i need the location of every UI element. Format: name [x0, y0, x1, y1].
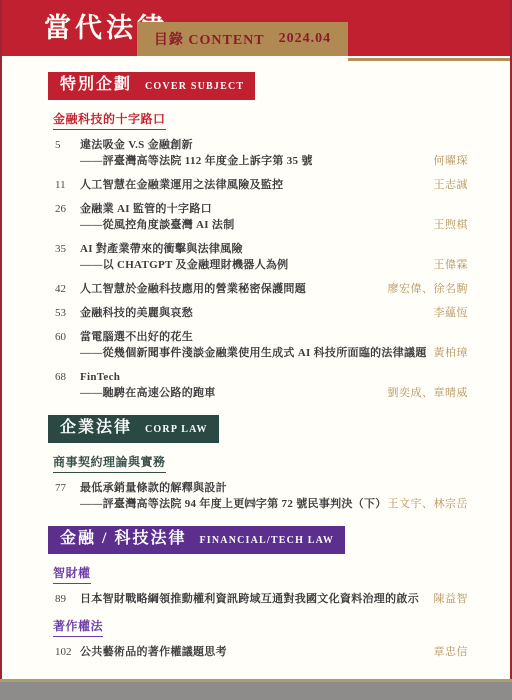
article-author: 章忠信 [434, 644, 469, 660]
toc-item: 26 金融業 AI 監管的十字路口 ——從風控角度談臺灣 AI 法制 王煦棋 [48, 201, 468, 233]
toc-item: 68 FinTech ——馳騁在高速公路的跑車 劉奕成、章晴威 [48, 369, 468, 401]
article-title: 違法吸金 V.S 金融創新 [80, 137, 428, 153]
topic-label: 商事契約理論與實務 [53, 453, 166, 473]
article-subtitle: ——以 CHATGPT 及金融理財機器人為例 [80, 257, 428, 273]
header-rule [348, 58, 512, 61]
page-number: 26 [48, 201, 80, 233]
toc-item: 42 人工智慧於金融科技應用的營業秘密保護問題 廖宏偉、徐名駒 [48, 281, 468, 297]
page-number: 77 [48, 480, 80, 512]
page-number: 60 [48, 329, 80, 361]
magazine-toc-page: 當代法律 目錄 CONTENT 2024.04 特別企劃 COVER SUBJE… [0, 0, 512, 700]
page-number: 68 [48, 369, 80, 401]
article-author: 王文宇、林宗岳 [388, 496, 469, 512]
page-number: 35 [48, 241, 80, 273]
article-subtitle: ——從幾個新聞事件淺談金融業使用生成式 AI 科技所面臨的法律議題 [80, 345, 428, 361]
section-cover-subject: 特別企劃 COVER SUBJECT 金融科技的十字路口 5 違法吸金 V.S … [48, 72, 468, 401]
article-title: 當電腦選不出好的花生 [80, 329, 428, 345]
section-badge-zh: 金融 / 科技法律 [60, 530, 186, 547]
toc-item: 11 人工智慧在金融業運用之法律風險及監控 王志誠 [48, 177, 468, 193]
page-number: 102 [48, 644, 80, 660]
page-number: 53 [48, 305, 80, 321]
article-subtitle: ——馳騁在高速公路的跑車 [80, 385, 382, 401]
article-author: 廖宏偉、徐名駒 [388, 281, 469, 297]
section-financial-tech-law: 金融 / 科技法律 FINANCIAL/TECH LAW 智財權 89 日本智財… [48, 526, 468, 660]
article-author: 何曜琛 [434, 153, 469, 169]
article-title: 日本智財戰略綱領推動權利資訊跨域互通對我國文化資料治理的啟示 [80, 591, 428, 607]
section-badge-en: FINANCIAL/TECH LAW [199, 535, 334, 546]
toc-item: 77 最低承銷量條款的解釋與設計 ——評臺灣高等法院 94 年度上更㈣字第 72… [48, 480, 468, 512]
article-author: 李蘊恆 [434, 305, 469, 321]
toc-item: 5 違法吸金 V.S 金融創新 ——評臺灣高等法院 112 年度金上訴字第 35… [48, 137, 468, 169]
article-author: 黃柏璋 [434, 345, 469, 361]
header-band: 當代法律 目錄 CONTENT 2024.04 [0, 0, 512, 56]
section-badge-en: COVER SUBJECT [145, 81, 244, 92]
section-badge-en: CORP LAW [145, 424, 208, 435]
toc-label: 目錄 CONTENT [154, 29, 265, 49]
section-badge-zh: 企業法律 [60, 419, 132, 436]
toc-item: 53 金融科技的美麗與哀愁 李蘊恆 [48, 305, 468, 321]
article-title: FinTech [80, 369, 382, 385]
section-badge-corp-law: 企業法律 CORP LAW [48, 415, 219, 443]
article-subtitle: ——從風控角度談臺灣 AI 法制 [80, 217, 428, 233]
article-title: 人工智慧在金融業運用之法律風險及監控 [80, 177, 428, 193]
page-number: 5 [48, 137, 80, 169]
topic-label: 著作權法 [53, 617, 103, 637]
article-author: 陳益智 [434, 591, 469, 607]
article-title: AI 對產業帶來的衝擊與法律風險 [80, 241, 428, 257]
page-number: 42 [48, 281, 80, 297]
toc-banner: 目錄 CONTENT 2024.04 [137, 22, 348, 56]
toc-item: 35 AI 對產業帶來的衝擊與法律風險 ——以 CHATGPT 及金融理財機器人… [48, 241, 468, 273]
article-title: 金融業 AI 監管的十字路口 [80, 201, 428, 217]
toc-item: 60 當電腦選不出好的花生 ——從幾個新聞事件淺談金融業使用生成式 AI 科技所… [48, 329, 468, 361]
article-author: 劉奕成、章晴威 [388, 385, 469, 401]
article-title: 公共藝術品的著作權議題思考 [80, 644, 428, 660]
page-number: 11 [48, 177, 80, 193]
issue-date: 2024.04 [279, 31, 332, 47]
article-author: 王志誠 [434, 177, 469, 193]
section-badge-financial-tech-law: 金融 / 科技法律 FINANCIAL/TECH LAW [48, 526, 345, 554]
article-title: 金融科技的美麗與哀愁 [80, 305, 428, 321]
toc-item: 102 公共藝術品的著作權議題思考 章忠信 [48, 644, 468, 660]
article-subtitle: ——評臺灣高等法院 112 年度金上訴字第 35 號 [80, 153, 428, 169]
topic-label: 金融科技的十字路口 [53, 110, 166, 130]
toc-item: 89 日本智財戰略綱領推動權利資訊跨域互通對我國文化資料治理的啟示 陳益智 [48, 591, 468, 607]
page-number: 89 [48, 591, 80, 607]
section-corp-law: 企業法律 CORP LAW 商事契約理論與實務 77 最低承銷量條款的解釋與設計… [48, 415, 468, 512]
article-author: 王煦棋 [434, 217, 469, 233]
article-title: 最低承銷量條款的解釋與設計 [80, 480, 382, 496]
page-left-border [0, 0, 2, 682]
toc-content: 特別企劃 COVER SUBJECT 金融科技的十字路口 5 違法吸金 V.S … [0, 56, 512, 660]
section-badge-zh: 特別企劃 [60, 76, 132, 93]
scan-gray-strip [0, 682, 512, 700]
section-badge-cover-subject: 特別企劃 COVER SUBJECT [48, 72, 255, 100]
topic-label: 智財權 [53, 564, 91, 584]
article-title: 人工智慧於金融科技應用的營業秘密保護問題 [80, 281, 382, 297]
article-author: 王偉霖 [434, 257, 469, 273]
article-subtitle: ——評臺灣高等法院 94 年度上更㈣字第 72 號民事判決（下） [80, 496, 382, 512]
